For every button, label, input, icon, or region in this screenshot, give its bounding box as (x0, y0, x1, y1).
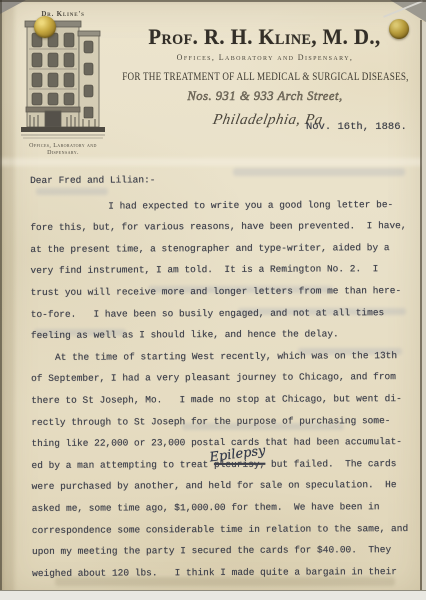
letter-line: rectly through to St Joseph for the purp… (31, 409, 423, 433)
letter-line: to-fore. I have been so busily engaged, … (31, 302, 423, 326)
letter-line: upon my meeting the party I secured the … (32, 539, 424, 563)
letter-line: asked me, some time ago, $1,000.00 for t… (32, 496, 424, 520)
letterhead-header: Prof. R. H. Kline, M. D., Offices, Labor… (105, 24, 425, 104)
letter-line: At the time of starting West recently, w… (31, 345, 423, 369)
letter-line: I had expected to write you a good long … (30, 194, 422, 218)
letter-line: there to St Joseph, Mo. I made no stop a… (31, 388, 423, 412)
letter-line: of September, I had a very pleasant jour… (31, 366, 423, 390)
paper-crease-horizontal (0, 158, 426, 166)
letter-line: at the present time, a stenographer and … (30, 237, 422, 261)
letter-line: very find instrument, I am told. It is a… (30, 258, 422, 282)
letterhead-treatment-line: FOR THE TREATMENT OF ALL MEDICAL & SURGI… (122, 69, 408, 84)
letter-line: feeling as well as I should like, and he… (31, 323, 423, 347)
struck-word: pleurisy,Epilepsy (214, 458, 265, 469)
vignette-caption-top: Dr. Kline's (18, 10, 108, 18)
typed-date: Nov. 16th, 1886. (306, 121, 407, 133)
brass-fastener-left (34, 16, 56, 38)
letterhead-title: Prof. R. H. Kline, M. D., (149, 24, 381, 50)
kline-building-illustration (21, 19, 105, 141)
letterhead-address: Nos. 931 & 933 Arch Street, (187, 88, 342, 104)
salutation: Dear Fred and Lilian:- (30, 168, 422, 192)
scan-bottom-edge (0, 590, 426, 600)
scan-edge-right (420, 20, 422, 592)
letter-line: ed by a man attempting to treat pleurisy… (31, 453, 423, 477)
letter-line: were purchased by another, and held for … (32, 474, 424, 498)
vignette-caption-bottom: Offices, Laboratory and Dispensary. (18, 143, 108, 157)
brass-fastener-right (389, 19, 409, 39)
scanned-letter: Dr. Kline's (0, 0, 426, 600)
letter-lines: I had expected to write you a good long … (30, 194, 424, 585)
scan-edge-top (0, 0, 426, 2)
letter-body: Dear Fred and Lilian:- I had expected to… (30, 168, 424, 584)
paper-crease-vertical (9, 0, 14, 600)
scan-edge-right-sliver (422, 22, 426, 600)
scan-edge-left (0, 0, 2, 600)
letterhead-vignette: Dr. Kline's (18, 10, 108, 157)
letter-line: weighed about 120 lbs. I think I made qu… (32, 561, 424, 585)
letter-line: correspondence some considerable time in… (32, 517, 424, 541)
letter-line: fore this, but, for various reasons, hav… (30, 215, 422, 239)
letterhead-subtitle: Offices, Laboratory and Dispensary, (177, 53, 354, 62)
letter-line: trust you will receive more and longer l… (31, 280, 423, 304)
